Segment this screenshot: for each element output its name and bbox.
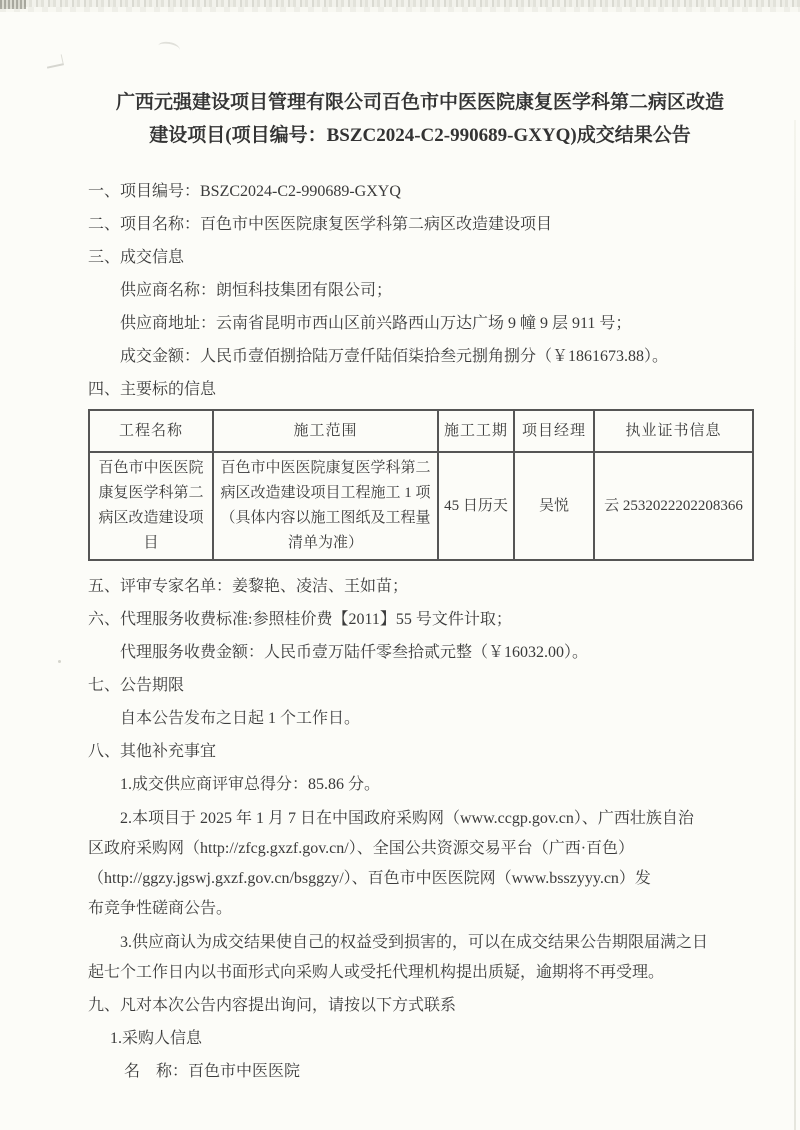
item-announcement-period: 自本公告发布之日起 1 个工作日。 (88, 705, 752, 733)
item-other-2-publication: 2.本项目于 2025 年 1 月 7 日在中国政府采购网（www.ccgp.g… (88, 804, 752, 924)
page-title: 广西元强建设项目管理有限公司百色市中医医院康复医学科第二病区改造 建设项目(项目… (88, 86, 752, 152)
item-project-number: 一、项目编号：BSZC2024-C2-990689-GXYQ (88, 178, 752, 206)
paragraph-line: 3.供应商认为成交结果使自己的权益受到损害的，可以在成交结果公告期限届满之日 (88, 928, 752, 958)
col-header-project-name: 工程名称 (89, 410, 213, 452)
cell-manager: 吴悦 (514, 452, 594, 560)
heading-contact: 九、凡对本次公告内容提出询问，请按以下方式联系 (88, 992, 752, 1020)
col-header-scope: 施工范围 (213, 410, 438, 452)
supplier-name: 供应商名称：朗恒科技集团有限公司； (88, 277, 752, 305)
cell-duration: 45 日历天 (438, 452, 514, 560)
table-row: 百色市中医医院康复医学科第二病区改造建设项目 百色市中医医院康复医学科第二病区改… (89, 452, 753, 560)
heading-main-subject: 四、主要标的信息 (88, 376, 752, 404)
heading-announcement-period: 七、公告期限 (88, 672, 752, 700)
paragraph-line: 2.本项目于 2025 年 1 月 7 日在中国政府采购网（www.ccgp.g… (88, 804, 752, 834)
col-header-duration: 施工工期 (438, 410, 514, 452)
paragraph-line: 布竞争性磋商公告。 (88, 894, 752, 924)
col-header-manager: 项目经理 (514, 410, 594, 452)
table-header-row: 工程名称 施工范围 施工工期 项目经理 执业证书信息 (89, 410, 753, 452)
paragraph-line: （http://ggzy.jgswj.gxzf.gov.cn/bsggzy/）、… (88, 864, 752, 894)
purchaser-name: 名 称：百色市中医医院 (88, 1058, 752, 1086)
title-line-2: 建设项目(项目编号：BSZC2024-C2-990689-GXYQ)成交结果公告 (88, 119, 752, 152)
paragraph-line: 起七个工作日内以书面形式向采购人或受托代理机构提出质疑，逾期将不再受理。 (88, 958, 752, 988)
heading-deal-info: 三、成交信息 (88, 244, 752, 272)
item-agency-fee-standard: 六、代理服务收费标准:参照桂价费【2011】55 号文件计取； (88, 606, 752, 634)
cell-scope: 百色市中医医院康复医学科第二病区改造建设项目工程施工 1 项（具体内容以施工图纸… (213, 452, 438, 560)
cell-certificate: 云 2532022202208366 (594, 452, 753, 560)
item-other-3-objection: 3.供应商认为成交结果使自己的权益受到损害的，可以在成交结果公告期限届满之日 起… (88, 928, 752, 988)
item-project-name: 二、项目名称：百色市中医医院康复医学科第二病区改造建设项目 (88, 211, 752, 239)
item-other-1-score: 1.成交供应商评审总得分：85.86 分。 (88, 771, 752, 799)
supplier-address: 供应商地址：云南省昆明市西山区前兴路西山万达广场 9 幢 9 层 911 号； (88, 310, 752, 338)
col-header-certificate: 执业证书信息 (594, 410, 753, 452)
document-page: 广西元强建设项目管理有限公司百色市中医医院康复医学科第二病区改造 建设项目(项目… (0, 0, 800, 1086)
paragraph-line: 区政府采购网（http://zfcg.gxzf.gov.cn/）、全国公共资源交… (88, 834, 752, 864)
deal-amount: 成交金额：人民币壹佰捌拾陆万壹仟陆佰柒拾叁元捌角捌分（￥1861673.88）。 (88, 343, 752, 371)
heading-other-matters: 八、其他补充事宜 (88, 738, 752, 766)
subject-info-table: 工程名称 施工范围 施工工期 项目经理 执业证书信息 百色市中医医院康复医学科第… (88, 409, 754, 561)
item-experts: 五、评审专家名单：姜黎艳、凌洁、王如苗； (88, 573, 752, 601)
title-line-1: 广西元强建设项目管理有限公司百色市中医医院康复医学科第二病区改造 (88, 86, 752, 119)
cell-project-name: 百色市中医医院康复医学科第二病区改造建设项目 (89, 452, 213, 560)
item-agency-fee-amount: 代理服务收费金额：人民币壹万陆仟零叁拾贰元整（￥16032.00）。 (88, 639, 752, 667)
heading-purchaser-info: 1.采购人信息 (88, 1025, 752, 1053)
